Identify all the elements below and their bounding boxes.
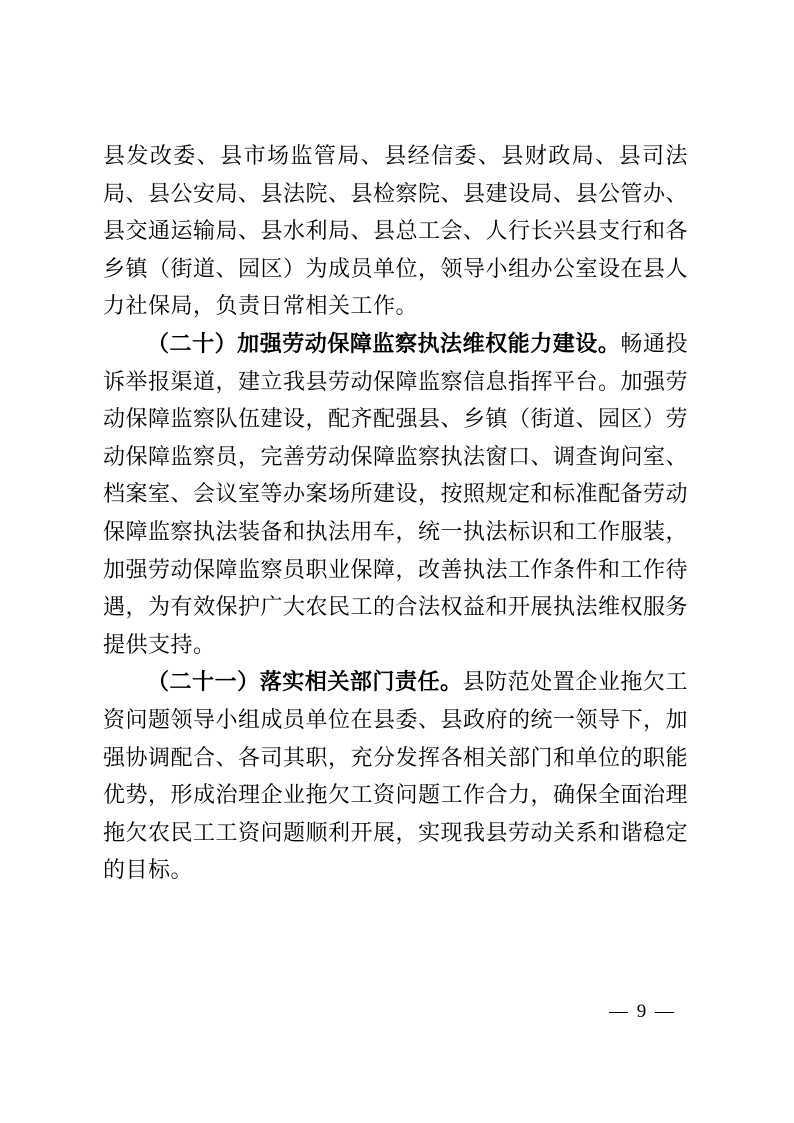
paragraph-text: 县防范处置企业拖欠工资问题领导小组成员单位在县委、县政府的统一领导下，加强协调配… bbox=[103, 669, 688, 882]
paragraph-heading: （二十一）落实相关部门责任。 bbox=[147, 669, 463, 694]
paragraph-continuation: 县发改委、县市场监管局、县经信委、县财政局、县司法局、县公安局、县法院、县检察院… bbox=[103, 137, 688, 325]
document-page: 县发改委、县市场监管局、县经信委、县财政局、县司法局、县公安局、县法院、县检察院… bbox=[0, 0, 794, 1123]
paragraph-heading: （二十）加强劳动保障监察执法维权能力建设。 bbox=[147, 331, 620, 356]
paragraph-text: 畅通投诉举报渠道，建立我县劳动保障监察信息指挥平台。加强劳动保障监察队伍建设，配… bbox=[103, 331, 688, 657]
paragraph-text: 县发改委、县市场监管局、县经信委、县财政局、县司法局、县公安局、县法院、县检察院… bbox=[103, 143, 688, 318]
paragraph-section-20: （二十）加强劳动保障监察执法维权能力建设。畅通投诉举报渠道，建立我县劳动保障监察… bbox=[103, 325, 688, 663]
paragraph-section-21: （二十一）落实相关部门责任。县防范处置企业拖欠工资问题领导小组成员单位在县委、县… bbox=[103, 663, 688, 889]
document-body: 县发改委、县市场监管局、县经信委、县财政局、县司法局、县公安局、县法院、县检察院… bbox=[103, 137, 688, 889]
page-number: — 9 — bbox=[609, 1000, 674, 1024]
